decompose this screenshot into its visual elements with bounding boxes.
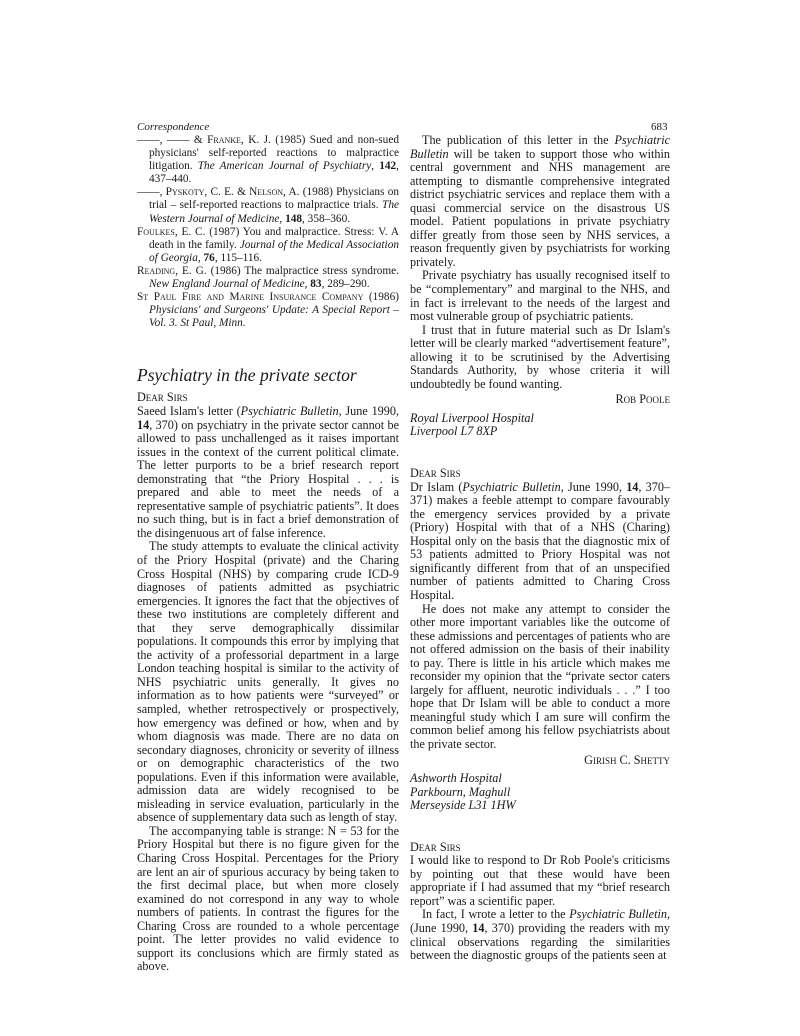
running-head: Correspondence <box>137 121 209 133</box>
letter-paragraph: Dr Islam (Psychiatric Bulletin, June 199… <box>410 481 670 603</box>
salutation: Dear Sirs <box>137 391 399 405</box>
right-column: The publication of this letter in the Ps… <box>410 134 670 963</box>
journal-page: Correspondence 683 ——, —— & Franke, K. J… <box>0 0 800 1036</box>
reference-item: ——, Pyskoty, C. E. & Nelson, A. (1988) P… <box>137 186 399 225</box>
reference-item: ——, —— & Franke, K. J. (1985) Sued and n… <box>137 134 399 186</box>
reference-item: Reading, E. G. (1986) The malpractice st… <box>137 265 399 291</box>
salutation: Dear Sirs <box>410 467 670 481</box>
author-address: Ashworth Hospital Parkbourn, Maghull Mer… <box>410 772 670 813</box>
letter-paragraph: I would like to respond to Dr Rob Poole'… <box>410 854 670 908</box>
letter-paragraph: The study attempts to evaluate the clini… <box>137 540 399 824</box>
letter-paragraph: In fact, I wrote a letter to the Psychia… <box>410 908 670 962</box>
signature-girish-shetty: Girish C. Shetty <box>410 754 670 768</box>
letter-paragraph: He does not make any attempt to consider… <box>410 603 670 752</box>
author-address: Royal Liverpool Hospital Liverpool L7 8X… <box>410 412 670 439</box>
page-number: 683 <box>651 121 668 133</box>
reference-item: St Paul Fire and Marine Insurance Compan… <box>137 291 399 330</box>
letter-paragraph: I trust that in future material such as … <box>410 324 670 392</box>
letter-paragraph: Saeed Islam's letter (Psychiatric Bullet… <box>137 405 399 540</box>
letter-paragraph: The publication of this letter in the Ps… <box>410 134 670 269</box>
left-column: ——, —— & Franke, K. J. (1985) Sued and n… <box>137 134 399 974</box>
letter-paragraph: Private psychiatry has usually recognise… <box>410 269 670 323</box>
signature-rob-poole: Rob Poole <box>410 393 670 407</box>
reference-list: ——, —— & Franke, K. J. (1985) Sued and n… <box>137 134 399 330</box>
salutation: Dear Sirs <box>410 841 670 855</box>
reference-item: Foulkes, E. C. (1987) You and malpractic… <box>137 226 399 265</box>
letter-paragraph: The accompanying table is strange: N = 5… <box>137 825 399 974</box>
article-title: Psychiatry in the private sector <box>137 365 399 385</box>
